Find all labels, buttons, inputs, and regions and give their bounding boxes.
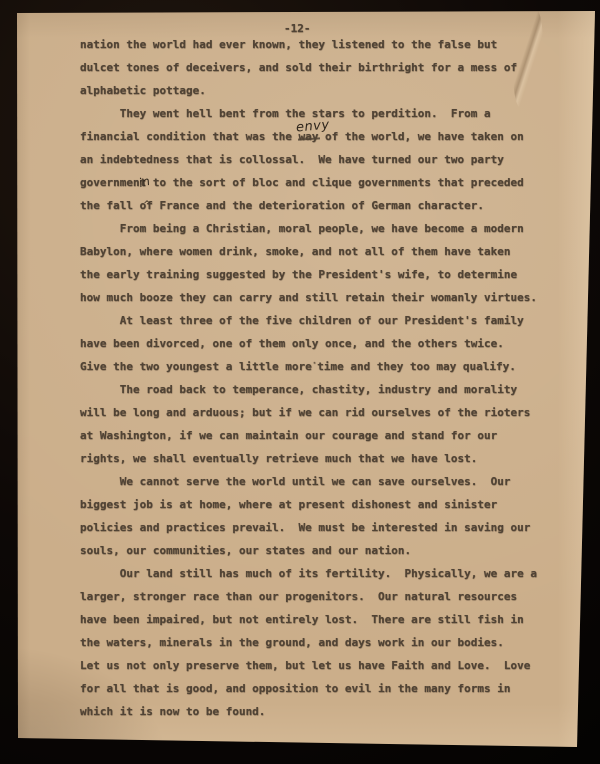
- typed-line: nation the world had ever known, they li…: [80, 33, 560, 56]
- caret-mark: ^: [143, 194, 151, 217]
- stray-ink-mark: ·: [312, 359, 317, 369]
- typed-text-block: nation the world had ever known, they li…: [80, 33, 560, 723]
- typed-line: have been impaired, but not entirely los…: [80, 608, 560, 631]
- typed-line: the fall of France and the deterioration…: [80, 194, 560, 217]
- typed-line: larger, stronger race than our progenito…: [80, 585, 560, 608]
- document-page: -12- nation the world had ever known, th…: [0, 0, 600, 764]
- typed-line: how much booze they can carry and still …: [80, 286, 560, 309]
- typed-line: the early training suggested by the Pres…: [80, 263, 560, 286]
- typed-line: rights, we shall eventually retrieve muc…: [80, 447, 560, 470]
- typed-line: financial condition that was the wayenvy…: [80, 125, 560, 148]
- struck-word: wayenvy: [299, 130, 319, 143]
- typed-line: The road back to temperance, chastity, i…: [80, 378, 560, 401]
- typed-line: We cannot serve the world until we can s…: [80, 470, 560, 493]
- typed-line: which it is now to be found.: [80, 700, 560, 723]
- typed-line: policies and practices prevail. We must …: [80, 516, 560, 539]
- typed-line: alphabetic pottage.: [80, 79, 560, 102]
- typed-line: an indebtedness that is collossal. We ha…: [80, 148, 560, 171]
- typed-line: Give the two youngest a little more·time…: [80, 355, 560, 378]
- typed-line: governmentin^ to the sort of bloc and cl…: [80, 171, 560, 194]
- typed-line: have been divorced, one of them only onc…: [80, 332, 560, 355]
- typed-line: souls, our communities, our states and o…: [80, 539, 560, 562]
- typed-line: for all that is good, and opposition to …: [80, 677, 560, 700]
- typed-line: dulcet tones of deceivers, and sold thei…: [80, 56, 560, 79]
- typed-line: will be long and arduous; but if we can …: [80, 401, 560, 424]
- typed-line: biggest job is at home, where at present…: [80, 493, 560, 516]
- photo-background: -12- nation the world had ever known, th…: [0, 0, 600, 764]
- typed-line: Our land still has much of its fertility…: [80, 562, 560, 585]
- typed-line: Let us not only preserve them, but let u…: [80, 654, 560, 677]
- typed-line: the waters, minerals in the ground, and …: [80, 631, 560, 654]
- typed-line: From being a Christian, moral people, we…: [80, 217, 560, 240]
- handwritten-correction: envy: [295, 114, 331, 140]
- typed-line: At least three of the five children of o…: [80, 309, 560, 332]
- typed-line: Babylon, where women drink, smoke, and n…: [80, 240, 560, 263]
- typed-line: at Washington, if we can maintain our co…: [80, 424, 560, 447]
